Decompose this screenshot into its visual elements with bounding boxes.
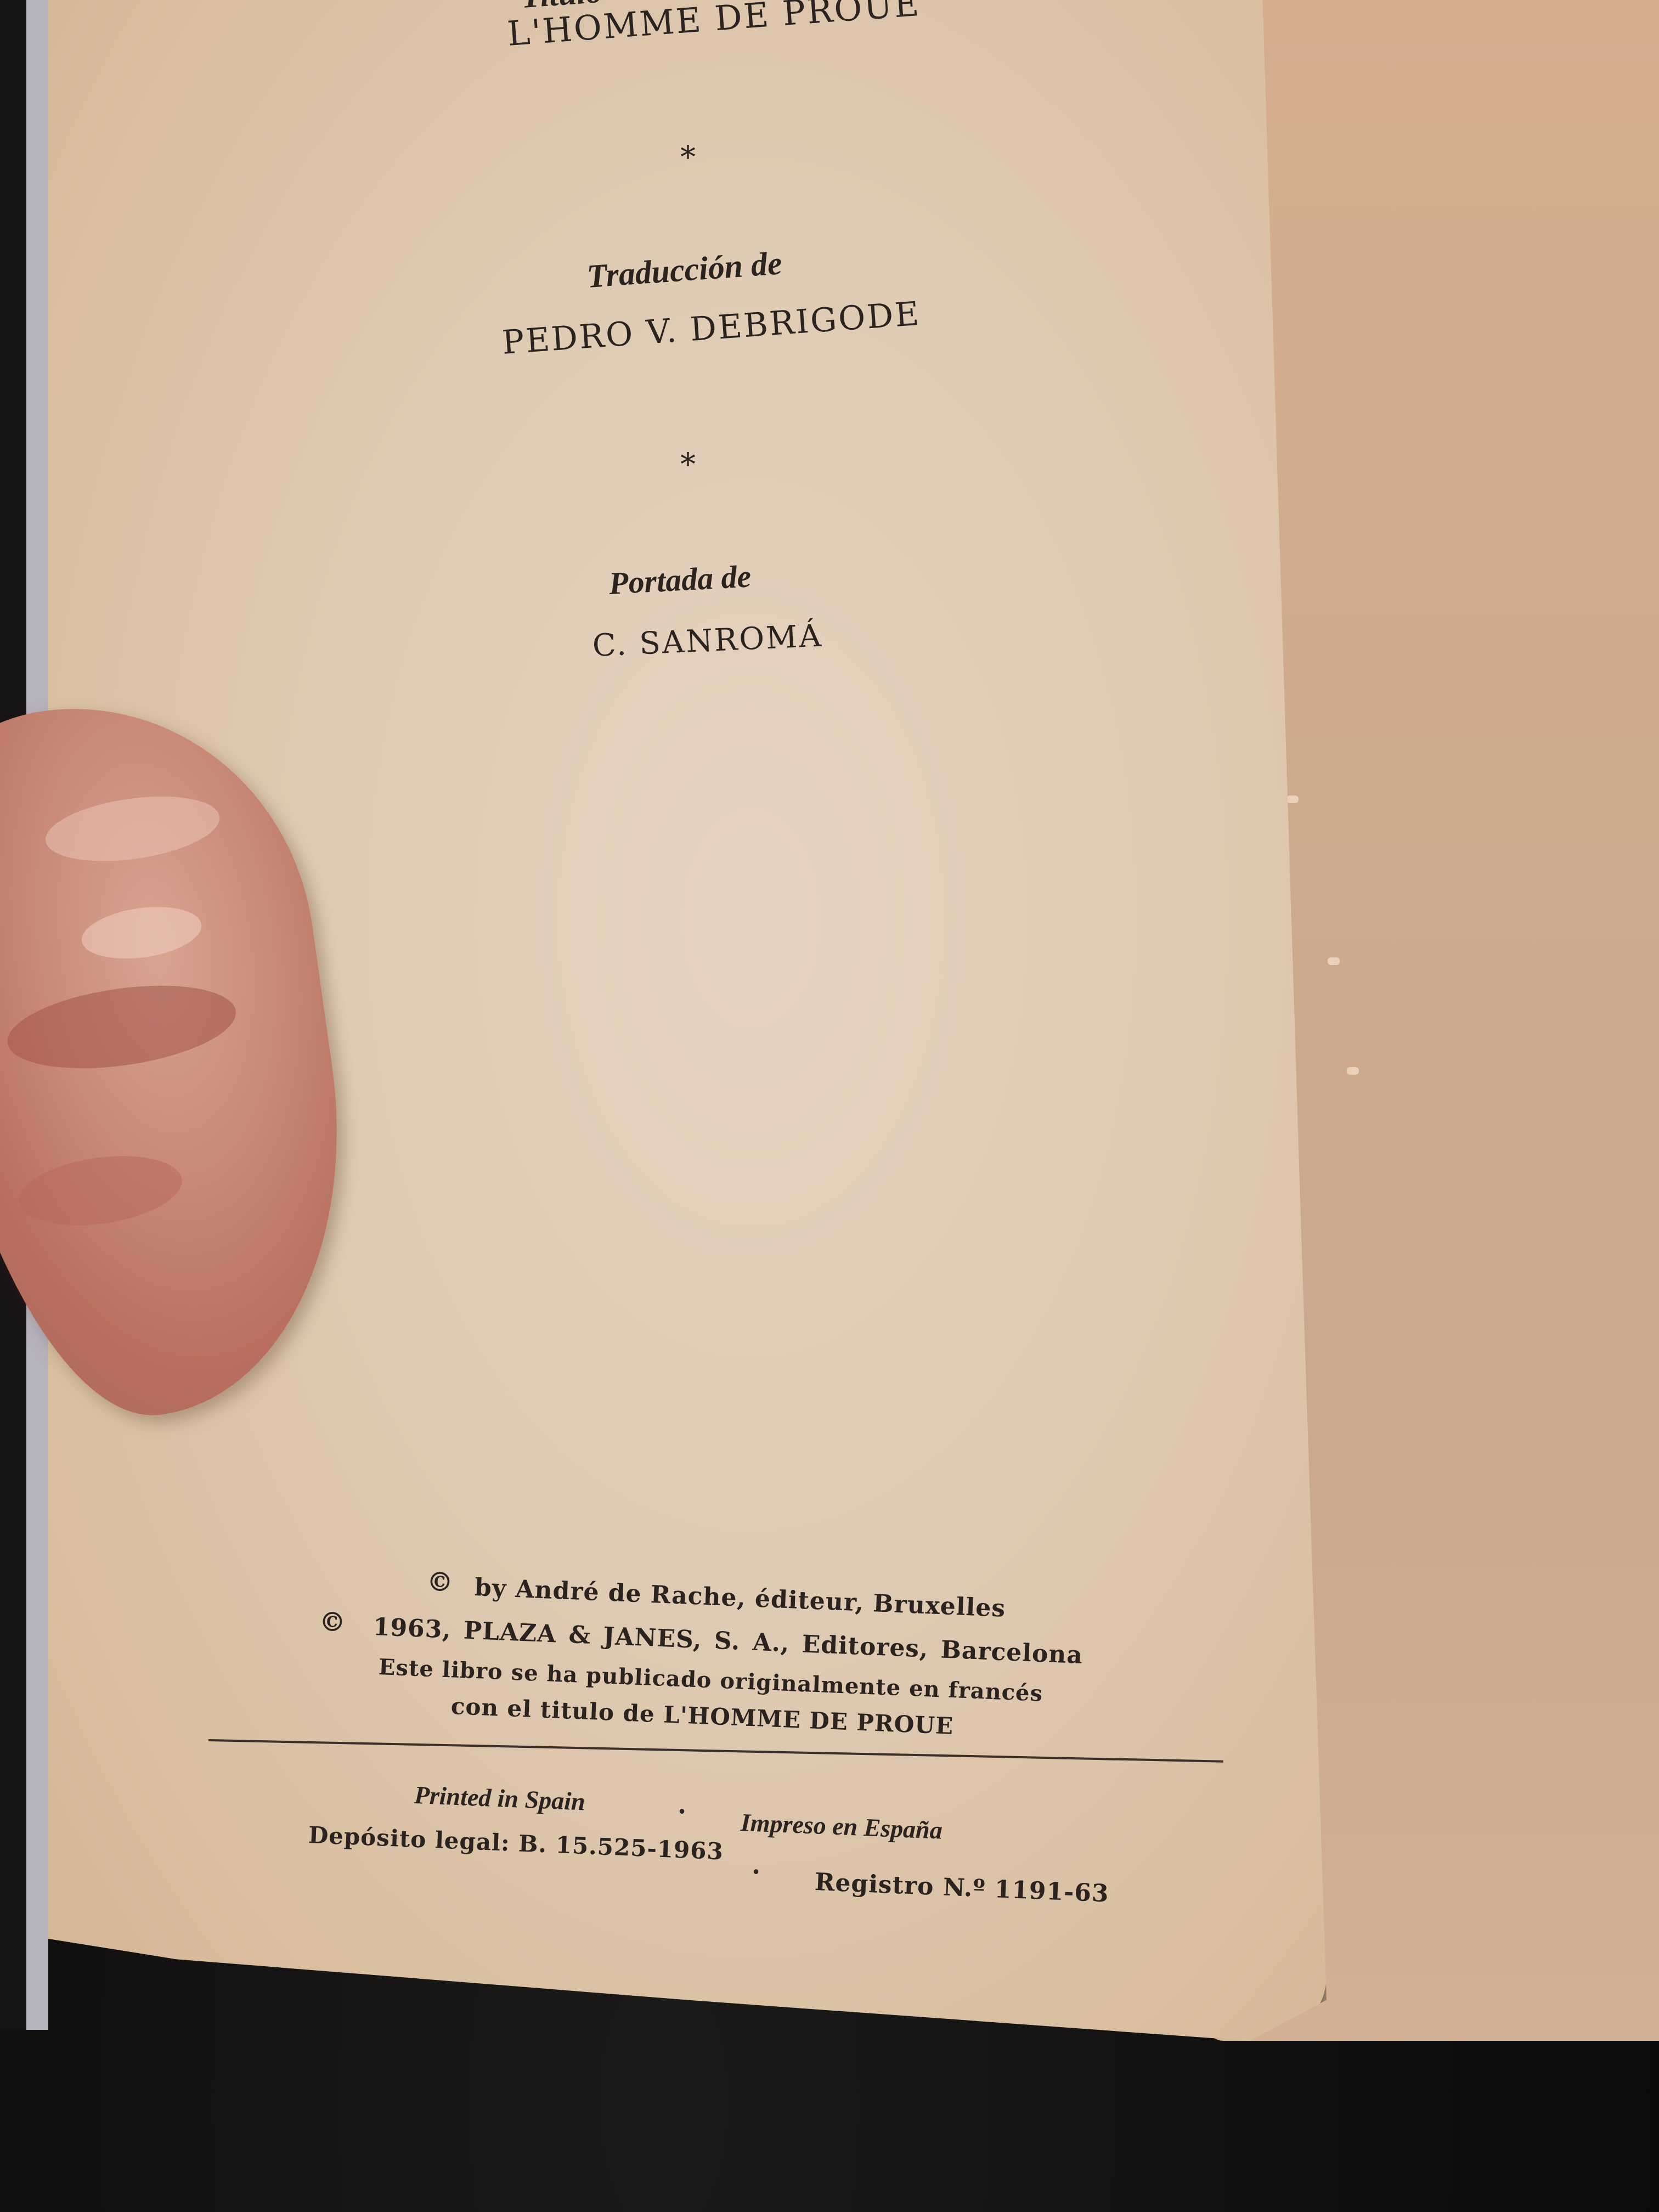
separator-dot: · xyxy=(752,1857,761,1887)
impreso-en-espana: Impreso en España xyxy=(740,1808,943,1845)
copyright-line-1: by André de Rache, éditeur, Bruxelles xyxy=(474,1573,1006,1623)
legal-deposit: Depósito legal: B. 15.525-1963 xyxy=(308,1821,724,1865)
photo-scene: Titulo L'HOMME DE PROUE * Traducción de … xyxy=(0,0,1659,2212)
horizontal-rule xyxy=(208,1739,1223,1763)
copyright-symbol: © xyxy=(319,1606,347,1638)
separator-dot: · xyxy=(678,1797,687,1826)
separator-asterisk: * xyxy=(680,447,696,483)
printed-in-spain: Printed in Spain xyxy=(414,1780,586,1816)
registry-number: Registro N.º 1191-63 xyxy=(814,1868,1110,1908)
copyright-symbol: © xyxy=(426,1566,454,1598)
cover-artist: C. SANROMÁ xyxy=(592,618,824,664)
translation-label: Traducción de xyxy=(586,244,783,296)
cover-label: Portada de xyxy=(608,557,752,601)
translator-name: PEDRO V. DEBRIGODE xyxy=(501,295,922,362)
separator-asterisk: * xyxy=(680,140,696,176)
